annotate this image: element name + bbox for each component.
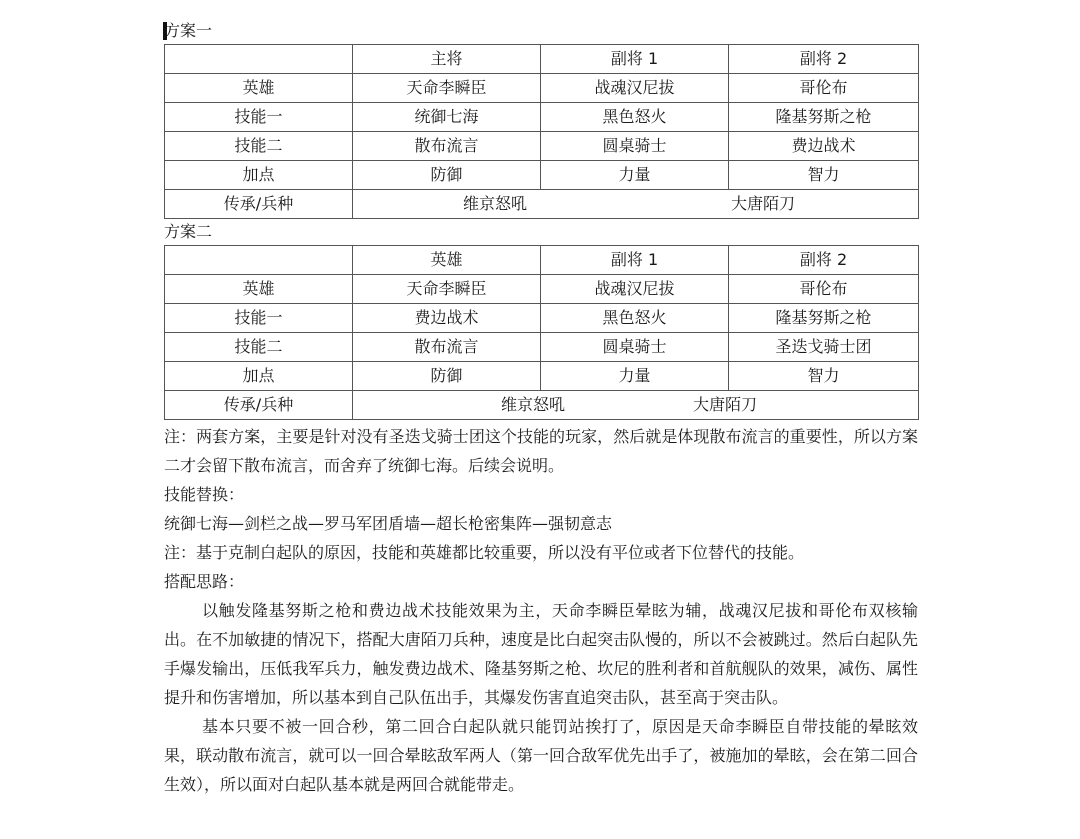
table-row: 传承/兵种 维京怒吼 大唐陌刀: [165, 391, 919, 420]
inherit-value: 维京怒吼: [501, 391, 565, 419]
table-row: 技能二 散布流言 圆桌骑士 圣迭戈骑士团: [165, 333, 919, 362]
plan2-table: 英雄 副将 1 副将 2 英雄 天命李瞬臣 战魂汉尼拔 哥伦布 技能一 费边战术…: [164, 245, 919, 420]
table-cell: 防御: [353, 161, 541, 190]
table-cell: 天命李瞬臣: [353, 275, 541, 304]
skill-replace-chain: 统御七海—剑栏之战—罗马军团盾墙—超长枪密集阵—强韧意志: [164, 509, 918, 538]
table-cell: 智力: [729, 161, 919, 190]
table-cell: 加点: [165, 362, 353, 391]
table-cell: 圆桌骑士: [541, 132, 729, 161]
inherit-value: 维京怒吼: [463, 190, 527, 218]
troop-value: 大唐陌刀: [693, 391, 757, 419]
text-cursor: [163, 22, 167, 40]
table-cell: 散布流言: [353, 333, 541, 362]
table-cell: 哥伦布: [729, 275, 919, 304]
table-cell: 技能二: [165, 333, 353, 362]
table-cell: 散布流言: [353, 132, 541, 161]
table-cell: 天命李瞬臣: [353, 74, 541, 103]
note-paragraph-2: 注：基于克制白起队的原因，技能和英雄都比较重要，所以没有平位或者下位替代的技能。: [164, 538, 918, 567]
table-row: 英雄 天命李瞬臣 战魂汉尼拔 哥伦布: [165, 74, 919, 103]
table-cell: 哥伦布: [729, 74, 919, 103]
table-cell: 副将 1: [541, 45, 729, 74]
table-cell: [165, 45, 353, 74]
table-row: 传承/兵种 维京怒吼 大唐陌刀: [165, 190, 919, 219]
skill-replace-title: 技能替换：: [164, 480, 918, 509]
note-paragraph-1: 注：两套方案，主要是针对没有圣迭戈骑士团这个技能的玩家，然后就是体现散布流言的重…: [164, 422, 918, 480]
table-cell: 统御七海: [353, 103, 541, 132]
table-cell: 战魂汉尼拔: [541, 275, 729, 304]
table-cell: 主将: [353, 45, 541, 74]
table-cell: 战魂汉尼拔: [541, 74, 729, 103]
inherit-troop-cell: 维京怒吼 大唐陌刀: [353, 391, 919, 420]
strategy-paragraph-1: 以触发隆基努斯之枪和费边战术技能效果为主，天命李瞬臣晕眩为辅，战魂汉尼拔和哥伦布…: [164, 596, 918, 712]
plan2-title: 方案二: [164, 219, 918, 245]
table-cell: 力量: [541, 362, 729, 391]
plan1-table: 主将 副将 1 副将 2 英雄 天命李瞬臣 战魂汉尼拔 哥伦布 技能一 统御七海…: [164, 44, 919, 219]
table-cell: 副将 2: [729, 45, 919, 74]
table-cell: 黑色怒火: [541, 304, 729, 333]
table-row: 加点 防御 力量 智力: [165, 362, 919, 391]
table-cell: 技能一: [165, 304, 353, 333]
table-cell: 传承/兵种: [165, 190, 353, 219]
table-cell: 隆基努斯之枪: [729, 304, 919, 333]
table-cell: 英雄: [165, 275, 353, 304]
table-cell: [165, 246, 353, 275]
table-cell: 防御: [353, 362, 541, 391]
table-cell: 力量: [541, 161, 729, 190]
table-row: 技能二 散布流言 圆桌骑士 费边战术: [165, 132, 919, 161]
strategy-title: 搭配思路：: [164, 567, 918, 596]
table-cell: 英雄: [165, 74, 353, 103]
table-header-row: 主将 副将 1 副将 2: [165, 45, 919, 74]
table-cell: 隆基努斯之枪: [729, 103, 919, 132]
table-cell: 技能一: [165, 103, 353, 132]
inherit-troop-cell: 维京怒吼 大唐陌刀: [353, 190, 919, 219]
table-cell: 圆桌骑士: [541, 333, 729, 362]
table-cell: 英雄: [353, 246, 541, 275]
table-row: 技能一 费边战术 黑色怒火 隆基努斯之枪: [165, 304, 919, 333]
table-cell: 副将 2: [729, 246, 919, 275]
table-cell: 传承/兵种: [165, 391, 353, 420]
strategy-paragraph-2: 基本只要不被一回合秒，第二回合白起队就只能罚站挨打了，原因是天命李瞬臣自带技能的…: [164, 712, 918, 799]
table-row: 技能一 统御七海 黑色怒火 隆基努斯之枪: [165, 103, 919, 132]
table-cell: 费边战术: [353, 304, 541, 333]
plan1-title: 方案一: [164, 18, 918, 44]
table-cell: 黑色怒火: [541, 103, 729, 132]
table-cell: 加点: [165, 161, 353, 190]
document-page: 方案一 主将 副将 1 副将 2 英雄 天命李瞬臣 战魂汉尼拔 哥伦布 技能一 …: [164, 18, 918, 799]
table-cell: 技能二: [165, 132, 353, 161]
table-cell: 副将 1: [541, 246, 729, 275]
table-header-row: 英雄 副将 1 副将 2: [165, 246, 919, 275]
table-row: 英雄 天命李瞬臣 战魂汉尼拔 哥伦布: [165, 275, 919, 304]
troop-value: 大唐陌刀: [731, 190, 795, 218]
table-cell: 费边战术: [729, 132, 919, 161]
table-row: 加点 防御 力量 智力: [165, 161, 919, 190]
table-cell: 智力: [729, 362, 919, 391]
table-cell: 圣迭戈骑士团: [729, 333, 919, 362]
